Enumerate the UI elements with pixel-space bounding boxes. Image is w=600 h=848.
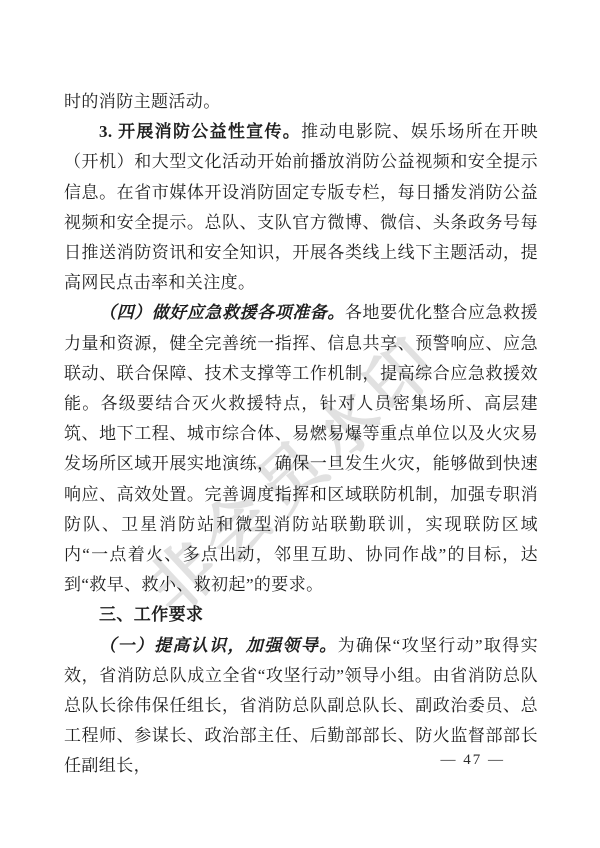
paragraph-lead: 3. 开展消防公益性宣传。 (99, 122, 301, 141)
section-heading: 三、工作要求 (64, 600, 538, 630)
paragraph-text: 推动电影院、娱乐场所在开映（开机）和大型文化活动开始前播放消防公益视频和安全提示… (64, 122, 538, 292)
document-page: 非会员水印 时的消防主题活动。 3. 开展消防公益性宣传。推动电影院、娱乐场所在… (0, 0, 600, 848)
paragraph-public-welfare: 3. 开展消防公益性宣传。推动电影院、娱乐场所在开映（开机）和大型文化活动开始前… (64, 117, 538, 298)
paragraph-lead: （一）提高认识，加强领导。 (99, 636, 338, 655)
paragraph-lead: （四）做好应急救援各项准备。 (99, 303, 345, 322)
paragraph-text: 时的消防主题活动。 (64, 92, 221, 111)
document-body: 时的消防主题活动。 3. 开展消防公益性宣传。推动电影院、娱乐场所在开映（开机）… (64, 87, 538, 782)
paragraph-text: 各地要优化整合应急救援力量和资源，健全完善统一指挥、信息共享、预警响应、应急联动… (64, 303, 538, 594)
paragraph-continuation: 时的消防主题活动。 (64, 87, 538, 117)
section-heading-text: 三、工作要求 (99, 605, 203, 624)
paragraph-emergency-rescue: （四）做好应急救援各项准备。各地要优化整合应急救援力量和资源，健全完善统一指挥、… (64, 298, 538, 600)
page-number: — 47 — (441, 752, 506, 769)
